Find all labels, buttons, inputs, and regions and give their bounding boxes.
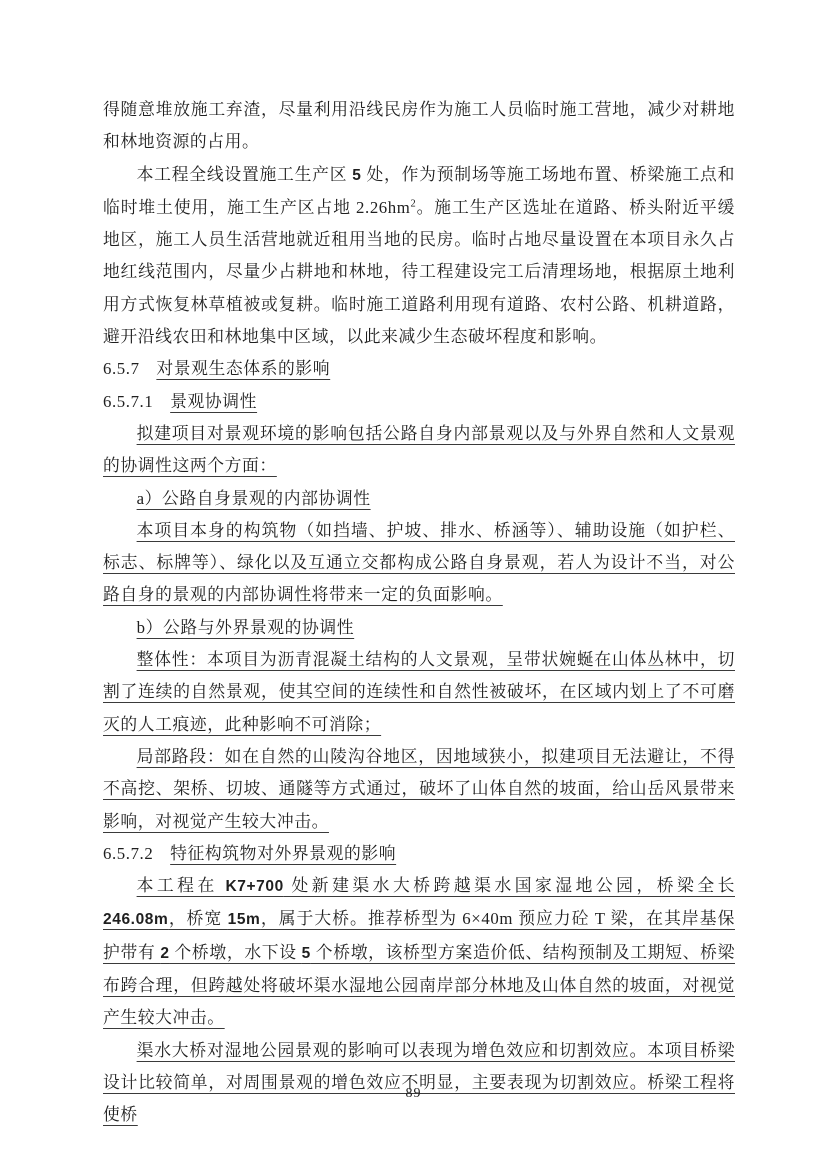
text-run: 渠水大桥对湿地公园景观的影响可以表现为增色效应和切割效应。本项目桥梁设计比较简单… (103, 1041, 735, 1125)
subheading-a-internal-coordination: a）公路自身景观的内部协调性 (103, 483, 735, 515)
paragraph-landscape-coordination-intro: 拟建项目对景观环境的影响包括公路自身内部景观以及与外界自然和人文景观的协调性这两… (103, 418, 735, 483)
section-number: 6.5.7.1 (103, 392, 153, 411)
heading-6-5-7-1: 6.5.7.1景观协调性 (103, 386, 735, 418)
paragraph-local-sections: 局部路段：如在自然的山陵沟谷地区，因地域狭小，拟建项目无法避让，不得不高挖、架桥… (103, 741, 735, 838)
document-body: 得随意堆放施工弃渣，尽量利用沿线民房作为施工人员临时施工营地，减少对耕地和林地资… (103, 94, 735, 1132)
text-run: 处新建渠水大桥跨越渠水国家湿地公园，桥梁全长 (284, 876, 735, 895)
text-run: b）公路与外界景观的协调性 (137, 618, 355, 637)
text-run: a）公路自身景观的内部协调性 (137, 489, 371, 508)
text-run: 本工程在 (137, 876, 226, 895)
paragraph-continued-from-previous-page: 得随意堆放施工弃渣，尽量利用沿线民房作为施工人员临时施工营地，减少对耕地和林地资… (103, 94, 735, 159)
text-run: 得随意堆放施工弃渣，尽量利用沿线民房作为施工人员临时施工营地，减少对耕地和林地资… (103, 100, 735, 151)
document-page: { "document": { "blocks": [ { "kind": "p… (0, 0, 827, 1169)
bold-value: 5 (302, 945, 311, 962)
subheading-b-external-coordination: b）公路与外界景观的协调性 (103, 612, 735, 644)
text-run: 本项目本身的构筑物（如挡墙、护坡、排水、桥涵等）、辅助设施（如护栏、标志、标牌等… (103, 521, 735, 605)
paragraph-construction-production-zones: 本工程全线设置施工生产区 5 处，作为预制场等施工场地布置、桥梁施工点和临时堆土… (103, 159, 735, 354)
page-number: 89 (0, 1086, 827, 1102)
heading-6-5-7-2: 6.5.7.2特征构筑物对外界景观的影响 (103, 838, 735, 870)
section-title: 景观协调性 (170, 392, 257, 411)
paragraph-qushui-bridge: 本工程在 K7+700 处新建渠水大桥跨越渠水国家湿地公园，桥梁全长 246.0… (103, 870, 735, 1034)
section-number: 6.5.7.2 (103, 844, 153, 863)
bold-value: 2 (160, 945, 169, 962)
bold-value: 246.08m (103, 911, 168, 928)
bold-value: 15m (228, 911, 261, 928)
bold-value: 5 (352, 167, 361, 184)
text-run: 拟建项目对景观环境的影响包括公路自身内部景观以及与外界自然和人文景观的协调性这两… (103, 424, 735, 475)
text-run: 。施工生产区选址在道路、桥头附近平缓地区，施工人员生活营地就近租用当地的民房。临… (103, 198, 735, 346)
section-title: 特征构筑物对外界景观的影响 (170, 844, 396, 863)
paragraph-integrity: 整体性：本项目为沥青混凝土结构的人文景观，呈带状婉蜒在山体丛林中，切割了连续的自… (103, 644, 735, 741)
text-run: 本工程全线设置施工生产区 (137, 165, 353, 184)
text-run: 整体性：本项目为沥青混凝土结构的人文景观，呈带状婉蜒在山体丛林中，切割了连续的自… (103, 650, 735, 734)
paragraph-bridge-landscape-effects: 渠水大桥对湿地公园景观的影响可以表现为增色效应和切割效应。本项目桥梁设计比较简单… (103, 1035, 735, 1132)
text-run: ，桥宽 (168, 909, 227, 928)
bold-value: K7+700 (225, 878, 283, 895)
text-run: 局部路段：如在自然的山陵沟谷地区，因地域狭小，拟建项目无法避让，不得不高挖、架桥… (103, 747, 735, 831)
text-run: 个桥墩，水下设 (170, 943, 302, 962)
section-number: 6.5.7 (103, 359, 140, 378)
heading-6-5-7: 6.5.7对景观生态体系的影响 (103, 353, 735, 385)
paragraph-internal-coordination-detail: 本项目本身的构筑物（如挡墙、护坡、排水、桥涵等）、辅助设施（如护栏、标志、标牌等… (103, 515, 735, 612)
section-title: 对景观生态体系的影响 (156, 359, 330, 378)
